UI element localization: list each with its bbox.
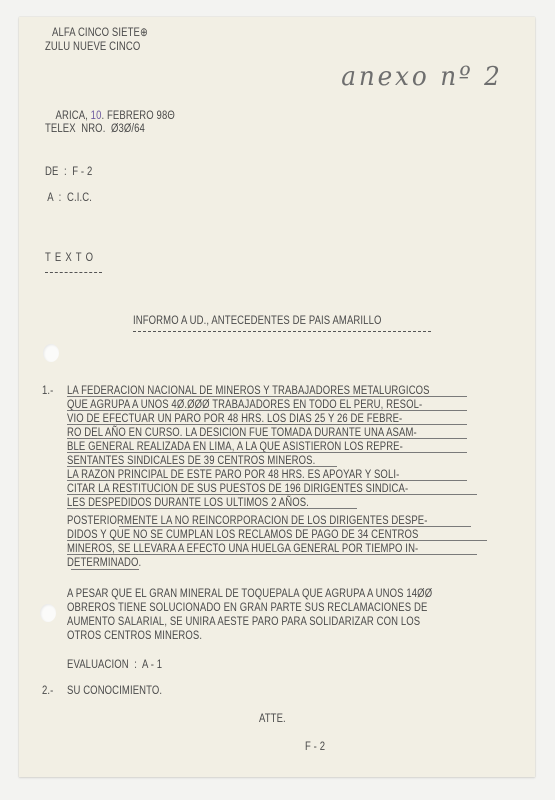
date-day: 10 [91,108,102,122]
item2-number: 2.- [42,683,53,697]
handwritten-underline [67,554,477,555]
telex-number: TELEX NRO. Ø3Ø/64 [45,121,145,135]
subject-underline [133,331,431,332]
punch-hole-bottom [40,604,56,622]
handwritten-underline [67,424,467,425]
section-title-underline [45,272,102,273]
handwritten-underline [67,494,477,495]
handwritten-underline [67,410,467,411]
handwritten-annex-note: anexo nº 2 [341,62,503,92]
handwritten-underline [71,569,139,570]
header-line-1: ALFA CINCO SIETE⊕ [52,25,148,39]
handwritten-underline [67,438,467,439]
evaluation-rating: EVALUACION : A - 1 [67,657,162,671]
handwritten-underline [67,508,357,509]
punch-hole-top [43,344,59,362]
subject-line: INFORMO A UD., ANTECEDENTES DE PAIS AMAR… [133,313,381,327]
section-title: T E X T O [45,250,94,264]
closing: ATTE. [259,711,286,725]
header-line-2: ZULU NUEVE CINCO [45,39,140,53]
handwritten-underline [119,526,471,527]
from-field: DE : F - 2 [45,164,92,178]
date-prefix: ARICA, [56,108,91,122]
handwritten-underline [67,480,467,481]
item1-number: 1.- [42,383,53,397]
signature: F - 2 [305,739,325,753]
date-rest: . FEBRERO 98Θ [101,108,174,122]
handwritten-underline [67,466,337,467]
handwritten-underline [67,452,467,453]
to-field: A : C.I.C. [45,190,92,204]
handwritten-underline [67,396,467,397]
item2-text: SU CONOCIMIENTO. [67,683,162,697]
handwritten-underline [67,540,487,541]
telex-document-page: ALFA CINCO SIETE⊕ ZULU NUEVE CINCO anexo… [19,17,535,777]
